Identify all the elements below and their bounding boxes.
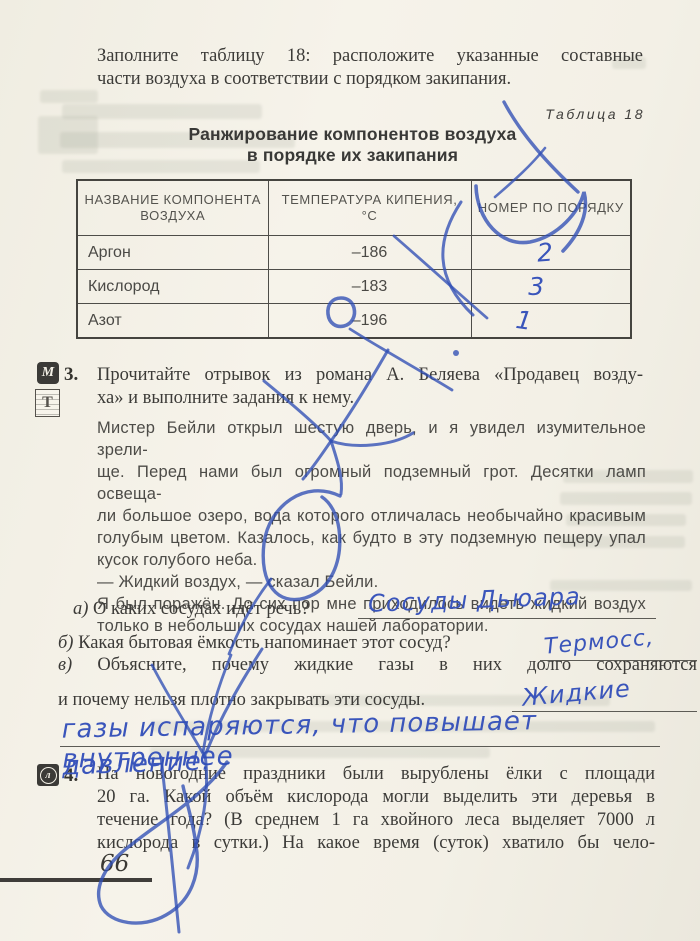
column-header-temp: ТЕМПЕРАТУРА КИПЕНИЯ, °С — [268, 180, 471, 236]
text-line: кусок голубого неба. — [97, 549, 646, 571]
method-marker-icon: М — [37, 362, 59, 384]
task3-number: 3. — [64, 364, 78, 386]
text-line: ли большое озеро, вода которого отличала… — [97, 505, 646, 527]
question-b-text: Какая бытовая ёмкость напоминает этот со… — [78, 633, 451, 653]
marker-letter: Т — [42, 394, 53, 412]
text-line: ха» и выполните задания к нему. — [97, 387, 643, 410]
handwritten-order: 3 — [528, 272, 545, 301]
workbook-page: Заполните таблицу 18: расположите указан… — [0, 0, 700, 941]
table-title: Ранжирование компонентов воздуха в поряд… — [75, 124, 630, 166]
text-line: голубым цветом. Казалось, как будто в эт… — [97, 527, 646, 549]
cell-order: 1 — [471, 304, 631, 339]
text-line: кислорода в сутки.) На какое время (суто… — [97, 832, 655, 855]
cell-temp: –186 — [268, 236, 471, 270]
text-line: течение года? (В среднем 1 га хвойного л… — [97, 809, 655, 832]
bleedthrough-mark — [40, 90, 98, 103]
handwritten-answer-v3: давление. — [62, 746, 212, 781]
lab-task-icon: л — [37, 764, 59, 786]
marker-letter: М — [42, 365, 54, 381]
table-row: Азот –196 1 — [77, 304, 631, 339]
question-v-text1: Объясните, почему жидкие газы в них долг… — [97, 655, 697, 675]
task3-prompt: Прочитайте отрывок из романа А. Беляева … — [97, 364, 643, 410]
question-b: б) Какая бытовая ёмкость напоминает этот… — [58, 632, 451, 655]
table-row: Аргон –186 2 — [77, 236, 631, 270]
table-title-line1: Ранжирование компонентов воздуха — [75, 124, 630, 145]
question-v-line1: в) Объясните, почему жидкие газы в них д… — [58, 654, 697, 677]
question-a-label: а) — [73, 599, 88, 619]
marker-letter: л — [40, 767, 57, 784]
cell-temp: –183 — [268, 270, 471, 304]
question-v-label: в) — [58, 655, 72, 675]
table-row: Кислород –183 3 — [77, 270, 631, 304]
text-task-icon: Т — [35, 389, 60, 417]
text-line: Заполните таблицу 18: расположите указан… — [97, 45, 643, 68]
handwritten-order: 1 — [514, 305, 535, 336]
bleedthrough-mark — [62, 104, 262, 119]
table-header-row: НАЗВАНИЕ КОМПОНЕНТА ВОЗДУХА ТЕМПЕРАТУРА … — [77, 180, 631, 236]
page-number-rule — [0, 878, 152, 882]
column-header-name: НАЗВАНИЕ КОМПОНЕНТА ВОЗДУХА — [77, 180, 268, 236]
cell-component: Азот — [77, 304, 268, 339]
text-line: ще. Перед нами был огромный подземный гр… — [97, 461, 646, 505]
cell-order: 3 — [471, 270, 631, 304]
text-line: 20 га. Какой объём кислорода могли выдел… — [97, 786, 655, 809]
question-a-text: О каких сосудах идёт речь? — [93, 599, 309, 619]
question-b-label: б) — [58, 633, 73, 653]
text-line: части воздуха в соответствии с порядком … — [97, 68, 643, 91]
table-caption: Таблица 18 — [445, 106, 645, 122]
handwritten-order: 2 — [536, 237, 555, 267]
text-line: Мистер Бейли открыл шестую дверь, и я ув… — [97, 417, 646, 461]
column-header-order: НОМЕР ПО ПОРЯДКУ — [471, 180, 631, 236]
table-title-line2: в порядке их закипания — [75, 145, 630, 166]
cell-order: 2 — [471, 236, 631, 270]
cell-component: Аргон — [77, 236, 268, 270]
intro-paragraph: Заполните таблицу 18: расположите указан… — [97, 45, 643, 91]
question-a: а) О каких сосудах идёт речь? — [73, 598, 309, 621]
table-18: НАЗВАНИЕ КОМПОНЕНТА ВОЗДУХА ТЕМПЕРАТУРА … — [76, 179, 632, 339]
cell-component: Кислород — [77, 270, 268, 304]
text-line: Прочитайте отрывок из романа А. Беляева … — [97, 364, 643, 387]
page-number: 66 — [100, 851, 129, 877]
cell-temp: –196 — [268, 304, 471, 339]
